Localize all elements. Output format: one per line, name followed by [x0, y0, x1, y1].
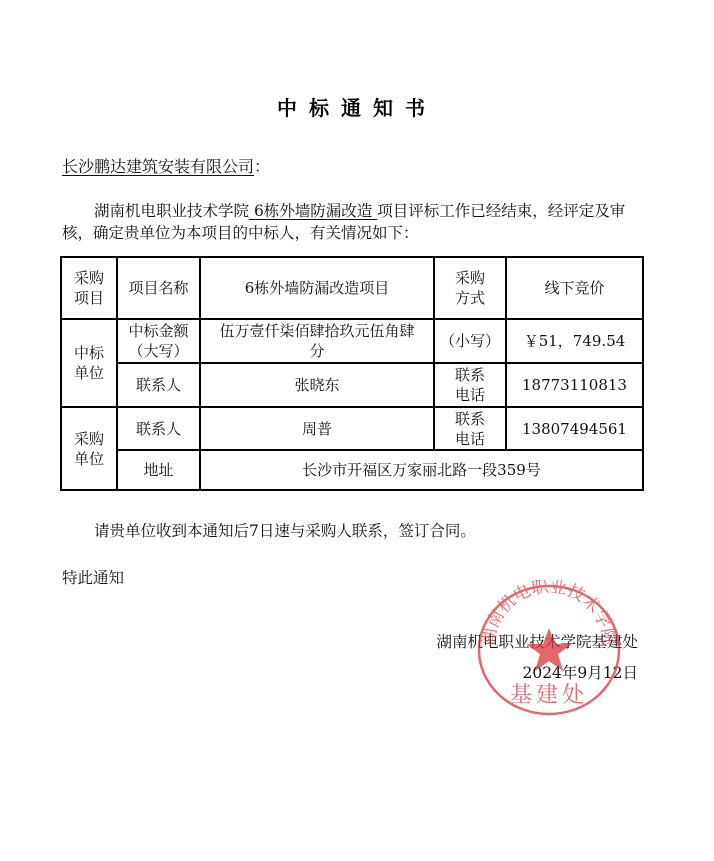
purchaser-contact-label: 联系人	[117, 407, 200, 450]
label-line: 采购	[66, 429, 112, 449]
intro-institution: 湖南机电职业技术学院	[94, 202, 249, 220]
label-line: 方式	[439, 288, 501, 308]
document-title: 中标通知书	[0, 92, 714, 121]
label-line: 联系	[439, 409, 501, 429]
procurement-method-value: 线下竞价	[506, 257, 643, 319]
label-line: 联系	[439, 365, 501, 385]
table-row-bid-amount: 中标 单位 中标金额 （大写） 伍万壹仟柒佰肆拾玖元伍角肆 分 （小写） ￥51…	[61, 319, 643, 363]
request-paragraph: 请贵单位收到本通知后7日速与采购人联系，签订合同。	[62, 520, 642, 542]
bid-amount-words-label: 中标金额 （大写）	[117, 319, 200, 363]
label-line: （大写）	[122, 341, 195, 361]
addressee: 长沙鹏达建筑安装有限公司：	[62, 154, 270, 177]
closing-text: 特此通知	[62, 566, 124, 588]
procurement-method-label: 采购 方式	[434, 257, 506, 319]
label-line: 单位	[66, 449, 112, 469]
label-line: 中标	[66, 343, 112, 363]
label-line: 采购	[66, 268, 112, 288]
label-line: 采购	[439, 268, 501, 288]
value-line: 分	[205, 341, 429, 361]
addressee-colon: ：	[254, 157, 270, 176]
winner-phone: 18773110813	[506, 363, 643, 407]
label-line: 中标金额	[122, 321, 195, 341]
intro-project-name: 6栋外墙防漏改造	[249, 202, 377, 220]
request-text: 请贵单位收到本通知后7日速与采购人联系，签订合同。	[94, 522, 476, 540]
winner-contact-name: 张晓东	[200, 363, 434, 407]
table-row-project: 采购 项目 项目名称 6栋外墙防漏改造项目 采购 方式 线下竞价	[61, 257, 643, 319]
label-line: 电话	[439, 385, 501, 405]
purchaser-group-label: 采购 单位	[61, 407, 117, 490]
official-seal-icon: 湖南机电职业技术学院 基建处	[474, 580, 624, 716]
bid-amount-words: 伍万壹仟柒佰肆拾玖元伍角肆 分	[200, 319, 434, 363]
intro-paragraph: 湖南机电职业技术学院 6栋外墙防漏改造 项目评标工作已经结束，经评定及审核，确定…	[62, 200, 642, 244]
table-row-purchaser-contact: 采购 单位 联系人 周普 联系 电话 13807494561	[61, 407, 643, 450]
table-row-purchaser-address: 地址 长沙市开福区万家丽北路一段359号	[61, 450, 643, 490]
table-row-winner-contact: 联系人 张晓东 联系 电话 18773110813	[61, 363, 643, 407]
purchaser-contact-name: 周普	[200, 407, 434, 450]
purchaser-address-label: 地址	[117, 450, 200, 490]
project-group-label: 采购 项目	[61, 257, 117, 319]
project-name-label: 项目名称	[117, 257, 200, 319]
label-line: 电话	[439, 429, 501, 449]
purchaser-phone-label: 联系 电话	[434, 407, 506, 450]
seal-bottom-text: 基建处	[510, 683, 588, 708]
bid-amount-number: ￥51，749.54	[506, 319, 643, 363]
purchaser-phone: 13807494561	[506, 407, 643, 450]
label-line: 项目	[66, 288, 112, 308]
award-info-table: 采购 项目 项目名称 6栋外墙防漏改造项目 采购 方式 线下竞价 中标 单位 中…	[60, 256, 644, 491]
winner-phone-label: 联系 电话	[434, 363, 506, 407]
notice-page: 中标通知书 长沙鹏达建筑安装有限公司： 湖南机电职业技术学院 6栋外墙防漏改造 …	[0, 0, 714, 861]
project-name-value: 6栋外墙防漏改造项目	[200, 257, 434, 319]
winner-contact-label: 联系人	[117, 363, 200, 407]
label-line: 单位	[66, 363, 112, 383]
seal-star-icon	[526, 628, 572, 671]
addressee-name: 长沙鹏达建筑安装有限公司	[62, 157, 254, 176]
value-line: 伍万壹仟柒佰肆拾玖元伍角肆	[205, 321, 429, 341]
winner-group-label: 中标 单位	[61, 319, 117, 407]
bid-amount-number-label: （小写）	[434, 319, 506, 363]
purchaser-address: 长沙市开福区万家丽北路一段359号	[200, 450, 643, 490]
